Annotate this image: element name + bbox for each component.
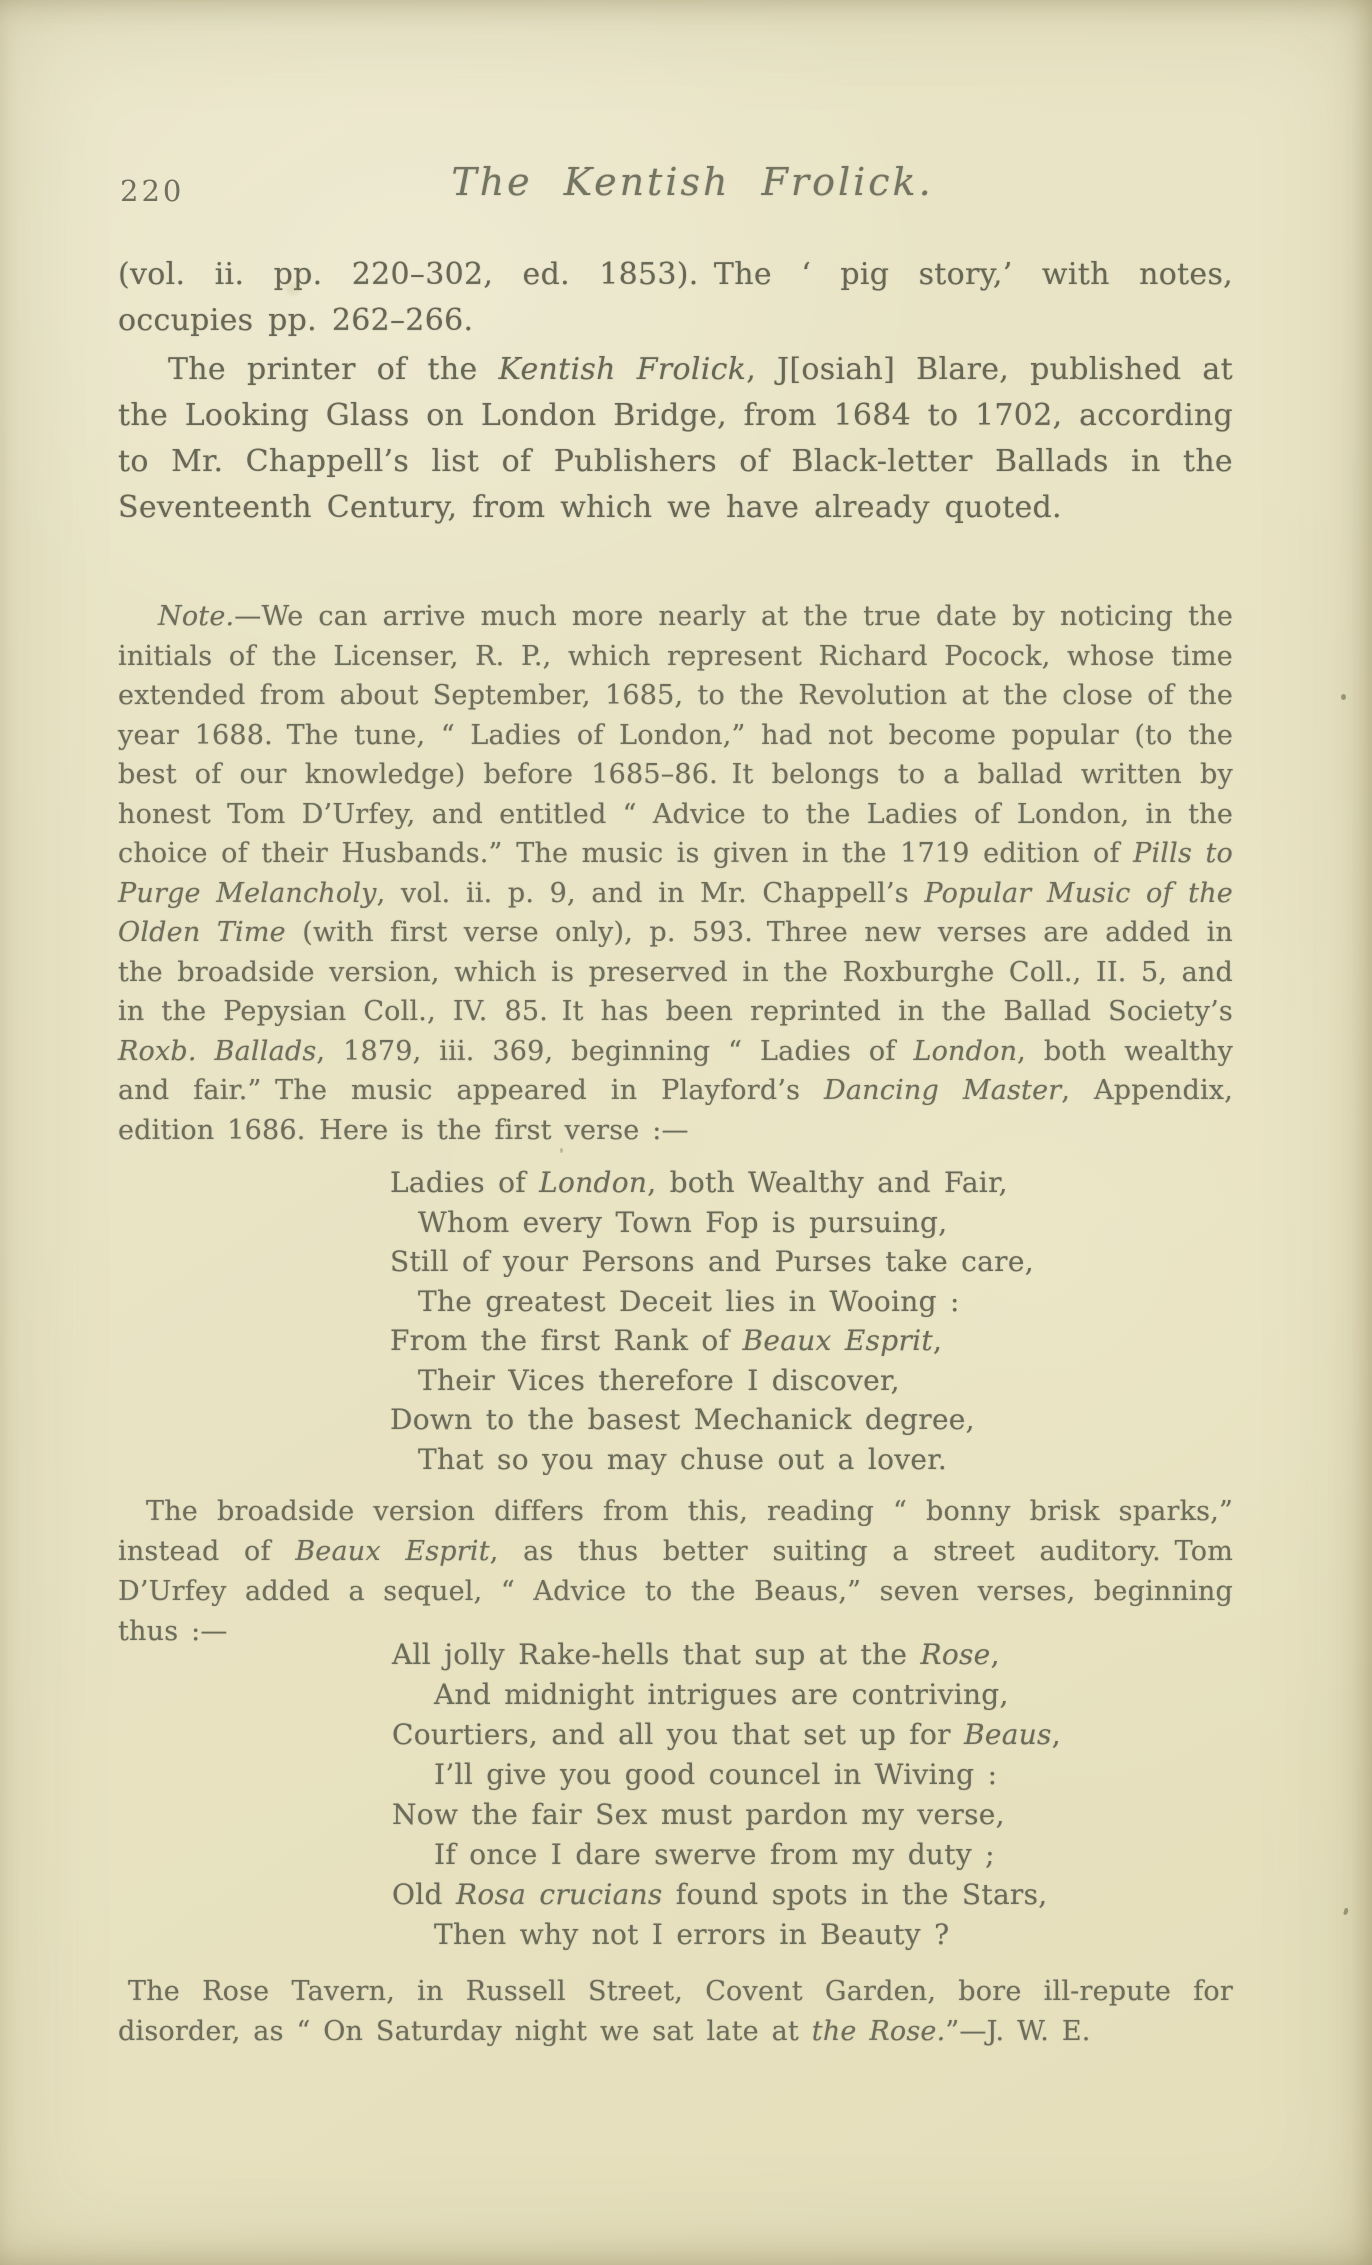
- page-number: 220: [120, 174, 184, 208]
- verse-ladies-of-london: Ladies of London, both Wealthy and Fair,…: [390, 1163, 1034, 1479]
- verse-line: Down to the basest Mechanick degree,: [390, 1400, 1034, 1440]
- verse-line: Ladies of London, both Wealthy and Fair,: [390, 1163, 1034, 1203]
- verse-line: Old Rosa crucians found spots in the Sta…: [392, 1875, 1061, 1915]
- verse-advice-to-beaus: All jolly Rake-hells that sup at the Ros…: [392, 1635, 1061, 1955]
- verse-line: If once I dare swerve from my duty ;: [434, 1835, 1061, 1875]
- verse-line: And midnight intrigues are contriving,: [434, 1675, 1061, 1715]
- verse-line: Then why not I errors in Beauty ?: [434, 1915, 1061, 1955]
- running-title: The Kentish Frolick.: [118, 160, 1233, 204]
- verse-line: I’ll give you good councel in Wiving :: [434, 1755, 1061, 1795]
- verse-line: From the first Rank of Beaux Esprit,: [390, 1321, 1034, 1361]
- paragraph-note: Note.—We can arrive much more nearly at …: [118, 597, 1233, 1150]
- verse-line: All jolly Rake-hells that sup at the Ros…: [392, 1635, 1061, 1675]
- verse-line: Still of your Persons and Purses take ca…: [390, 1242, 1034, 1282]
- running-head: 220 The Kentish Frolick.: [118, 160, 1233, 216]
- ink-speck: [1341, 694, 1346, 700]
- verse-line: Now the fair Sex must pardon my verse,: [392, 1795, 1061, 1835]
- paragraph-broadside: The broadside version differs from this,…: [118, 1492, 1233, 1652]
- verse-line: That so you may chuse out a lover.: [418, 1440, 1034, 1480]
- verse-line: The greatest Deceit lies in Wooing :: [418, 1282, 1034, 1322]
- paper-stain: [286, 283, 300, 295]
- paragraph-rose-tavern: The Rose Tavern, in Russell Street, Cove…: [118, 1972, 1233, 2052]
- ink-speck: [560, 1148, 563, 1153]
- book-page-scan: 220 The Kentish Frolick. (vol. ii. pp. 2…: [0, 0, 1372, 2265]
- verse-line: Courtiers, and all you that set up for B…: [392, 1715, 1061, 1755]
- verse-line: Their Vices therefore I discover,: [418, 1361, 1034, 1401]
- paragraph-volume-reference: (vol. ii. pp. 220–302, ed. 1853). The ‘ …: [118, 252, 1233, 344]
- paragraph-printer: The printer of the Kentish Frolick, J[os…: [118, 347, 1233, 531]
- ink-speck: [1343, 1908, 1349, 1916]
- verse-line: Whom every Town Fop is pursuing,: [418, 1203, 1034, 1243]
